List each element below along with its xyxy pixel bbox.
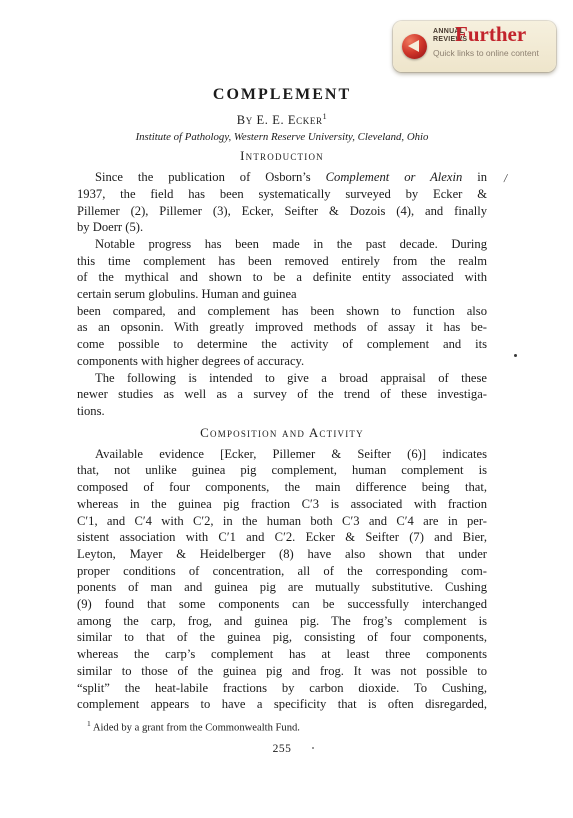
text-line: come possible to determine the activity … xyxy=(77,336,487,353)
text-line: Since the publication of Osborn’s Comple… xyxy=(77,169,487,186)
text-line: Notable progress has been made in the pa… xyxy=(77,236,487,253)
left-triangle-icon xyxy=(408,40,419,52)
text-line: certain serum globulins. Human and guine… xyxy=(77,286,487,303)
annual-reviews-further-badge[interactable]: ANNUAL REVIEWS Further Quick links to on… xyxy=(393,21,556,72)
paragraph: The following is intended to give a broa… xyxy=(77,370,487,420)
paragraph: been compared, and complement has been s… xyxy=(77,303,487,370)
paragraph: Available evidence [Ecker, Pillemer & Se… xyxy=(77,446,487,713)
article-title: COMPLEMENT xyxy=(77,86,487,104)
back-arrow-icon[interactable] xyxy=(402,34,427,59)
text-line: tions. xyxy=(77,403,487,420)
page-number: 255 xyxy=(77,743,487,755)
text-line: similar to those of the guinea pig and f… xyxy=(77,663,487,680)
text-line: Available evidence [Ecker, Pillemer & Se… xyxy=(77,446,487,463)
margin-slash-mark: / xyxy=(503,171,508,186)
footnote: 1 Aided by a grant from the Commonwealth… xyxy=(77,717,487,735)
section-heading: Composition and Activity xyxy=(77,425,487,441)
text-line: newer studies as well as a survey of the… xyxy=(77,386,487,403)
quick-links-tagline[interactable]: Quick links to online content xyxy=(433,48,539,58)
text-line: (9) found that some components can be su… xyxy=(77,596,487,613)
text-line: as an opsonin. With greatly improved met… xyxy=(77,319,487,336)
text-line: ponents of man and guinea pig are mutual… xyxy=(77,579,487,596)
text-line: whereas in the guinea pig fraction C′3 i… xyxy=(77,496,487,513)
text-line: by Doerr (5). xyxy=(77,219,487,236)
byline: By E. E. Ecker1 xyxy=(77,112,487,128)
scanned-paper-page: ANNUAL REVIEWS Further Quick links to on… xyxy=(0,0,573,818)
further-logo-text: Further xyxy=(455,22,526,47)
text-line: this time complement has been removed en… xyxy=(77,253,487,270)
text-line: among the carp, frog, and guinea pig. Th… xyxy=(77,613,487,630)
text-line: complement appears to have a specificity… xyxy=(77,696,487,713)
text-line: Leyton, Mayer & Heidelberger (8) have al… xyxy=(77,546,487,563)
text-line: proper conditions of concentration, all … xyxy=(77,563,487,580)
article-column: COMPLEMENT By E. E. Ecker1 Institute of … xyxy=(77,86,487,755)
text-line: whereas the carp’s complement has at lea… xyxy=(77,646,487,663)
margin-dot-mark xyxy=(514,354,517,357)
paragraph: Notable progress has been made in the pa… xyxy=(77,236,487,303)
text-line: of the mythical and shown to be a defini… xyxy=(77,269,487,286)
text-line: The following is intended to give a broa… xyxy=(77,370,487,387)
paragraph: Since the publication of Osborn’s Comple… xyxy=(77,169,487,236)
footnote-text: Aided by a grant from the Commonwealth F… xyxy=(93,722,300,733)
byline-footnote-mark: 1 xyxy=(323,112,328,121)
text-line: composed of four components, the main di… xyxy=(77,479,487,496)
text-line: C′1, and C′4 with C′2, in the human both… xyxy=(77,513,487,530)
text-line: been compared, and complement has been s… xyxy=(77,303,487,320)
byline-author: By E. E. Ecker xyxy=(237,113,323,127)
text-line: Pillemer (2), Pillemer (3), Ecker, Seift… xyxy=(77,203,487,220)
footnote-mark: 1 xyxy=(87,719,91,728)
affiliation: Institute of Pathology, Western Reserve … xyxy=(77,131,487,143)
section-heading: Introduction xyxy=(77,148,487,164)
text-line: that, not unlike guinea pig complement, … xyxy=(77,462,487,479)
text-line: components with higher degrees of accura… xyxy=(77,353,487,370)
text-line: sistent association with C′1 and C′2. Ec… xyxy=(77,529,487,546)
text-line: similar to that of the guinea pig, consi… xyxy=(77,629,487,646)
text-line: “split” the heat-labile fractions by car… xyxy=(77,680,487,697)
page-number-dot-mark xyxy=(312,747,314,749)
text-line: 1937, the field has been systematically … xyxy=(77,186,487,203)
article-body: IntroductionSince the publication of Osb… xyxy=(77,148,487,713)
